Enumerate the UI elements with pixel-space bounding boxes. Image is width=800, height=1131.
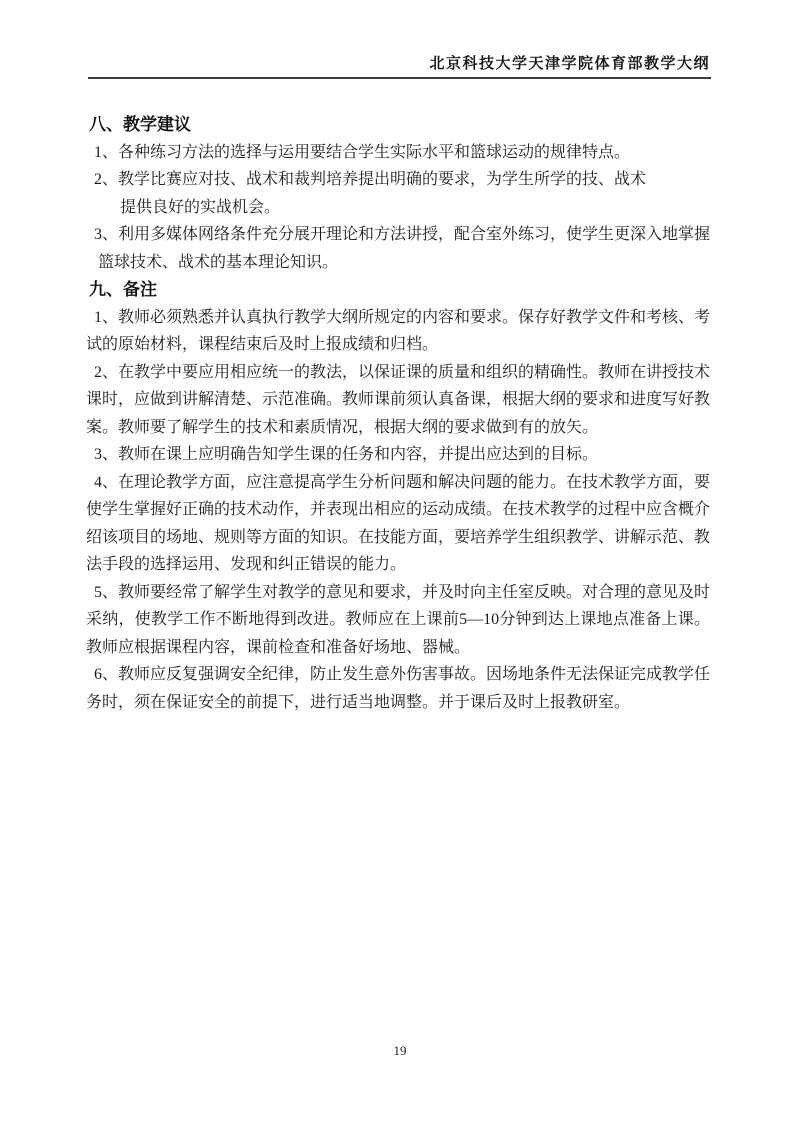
list-item-wrap-line: 课时，应做到讲解清楚、示范准确。教师课前须认真备课，根据大纲的要求和进度写好教 (86, 386, 710, 414)
list-item-first-line: 2、教学比赛应对技、战术和裁判培养提出明确的要求，为学生所学的技、战术 (94, 166, 710, 194)
list-item-wrap-line: 提供良好的实战机会。 (120, 194, 710, 222)
header-rule (88, 77, 711, 79)
list-item-wrap-line: 试的原始材料，课程结束后及时上报成绩和归档。 (86, 331, 710, 359)
page-number: 19 (0, 1042, 800, 1060)
section-heading: 九、备注 (89, 276, 710, 304)
list-item-first-line: 4、在理论教学方面，应注意提高学生分析问题和解决问题的能力。在技术教学方面，要 (94, 469, 710, 497)
list-item-wrap-line: 篮球技术、战术的基本理论知识。 (98, 249, 710, 277)
list-item-first-line: 6、教师应反复强调安全纪律，防止发生意外伤害事故。因场地条件无法保证完成教学任 (94, 661, 710, 689)
list-item-first-line: 1、各种练习方法的选择与运用要结合学生实际水平和篮球运动的规律特点。 (94, 139, 710, 167)
list-item-wrap-line: 绍该项目的场地、规则等方面的知识。在技能方面，要培养学生组织教学、讲解示范、教 (86, 524, 710, 552)
list-item-wrap-line: 务时，须在保证安全的前提下，进行适当地调整。并于课后及时上报教研室。 (86, 689, 710, 717)
list-item-first-line: 2、在教学中要应用相应统一的教法，以保证课的质量和组织的精确性。教师在讲授技术 (94, 359, 710, 387)
list-item-wrap-line: 教师应根据课程内容，课前检查和准备好场地、器械。 (86, 634, 710, 662)
list-item-first-line: 5、教师要经常了解学生对教学的意见和要求，并及时向主任室反映。对合理的意见及时 (94, 579, 710, 607)
running-header-title: 北京科技大学天津学院体育部教学大纲 (88, 53, 710, 75)
document-body: 八、教学建议1、各种练习方法的选择与运用要结合学生实际水平和篮球运动的规律特点。… (86, 111, 710, 716)
list-item-wrap-line: 使学生掌握好正确的技术动作，并表现出相应的运动成绩。在技术教学的过程中应含概介 (86, 496, 710, 524)
list-item-first-line: 3、利用多媒体网络条件充分展开理论和方法讲授，配合室外练习，使学生更深入地掌握 (94, 221, 710, 249)
list-item-first-line: 1、教师必须熟悉并认真执行教学大纲所规定的内容和要求。保存好教学文件和考核、考 (94, 304, 710, 332)
section-heading: 八、教学建议 (89, 111, 710, 139)
document-page: 北京科技大学天津学院体育部教学大纲 八、教学建议1、各种练习方法的选择与运用要结… (0, 0, 800, 1131)
list-item-wrap-line: 法手段的选择运用、发现和纠正错误的能力。 (86, 551, 710, 579)
list-item-wrap-line: 采纳，使教学工作不断地得到改进。教师应在上课前5—10分钟到达上课地点准备上课。 (86, 606, 710, 634)
list-item-wrap-line: 案。教师要了解学生的技术和素质情况，根据大纲的要求做到有的放矢。 (86, 414, 710, 442)
list-item-first-line: 3、教师在课上应明确告知学生课的任务和内容，并提出应达到的目标。 (94, 441, 710, 469)
